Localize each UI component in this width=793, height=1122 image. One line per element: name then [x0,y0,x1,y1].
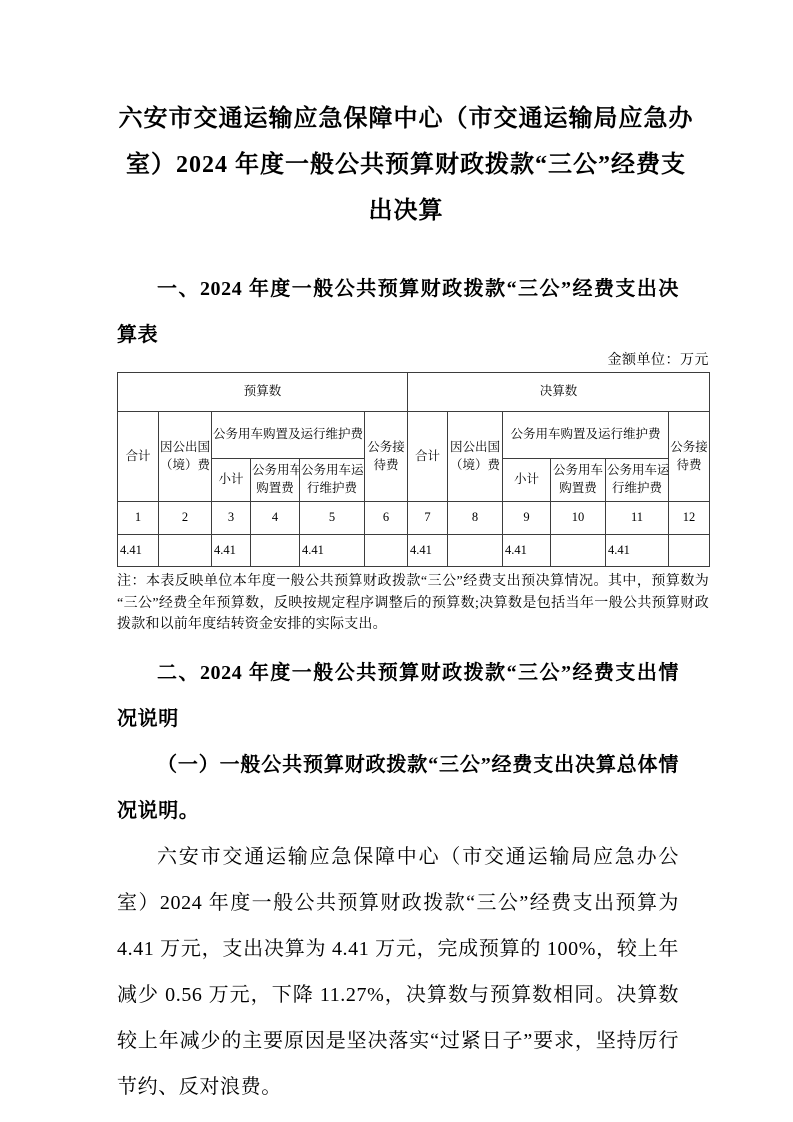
final-reception-header: 公务接 待费 [669,412,710,502]
data-cell: 4.41 [300,535,365,567]
index-cell: 12 [669,502,710,535]
data-cell: 4.41 [118,535,159,567]
budget-reception-header: 公务接 待费 [365,412,408,502]
index-cell: 8 [448,502,503,535]
group-header-budget: 预算数 [118,373,408,412]
index-cell: 9 [503,502,551,535]
index-cell: 4 [251,502,300,535]
budget-maintenance-header: 公务用车运 行维护费 [300,459,365,502]
document-page: 六安市交通运输应急保障中心（市交通运输局应急办室）2024 年度一般公共预算财政… [0,0,793,1122]
section-2-heading: 二、2024 年度一般公共预算财政拨款“三公”经费支出情况说明 [117,650,679,742]
final-maintenance-header: 公务用车运 行维护费 [606,459,669,502]
data-cell: 4.41 [503,535,551,567]
final-total-header: 合计 [408,412,448,502]
subsection-1-heading: （一）一般公共预算财政拨款“三公”经费支出决算总体情况说明。 [117,742,679,834]
data-cell [365,535,408,567]
budget-purchase-header: 公务用车 购置费 [251,459,300,502]
budget-abroad-header: 因公出国 （境）费 [159,412,212,502]
index-cell: 7 [408,502,448,535]
final-subtotal-header: 小计 [503,459,551,502]
index-cell: 10 [551,502,606,535]
index-cell: 2 [159,502,212,535]
index-cell: 3 [212,502,251,535]
index-cell: 6 [365,502,408,535]
index-cell: 1 [118,502,159,535]
column-index-row: 1 2 3 4 5 6 7 8 9 10 11 12 [118,502,710,535]
amount-unit-label: 金额单位：万元 [117,352,709,370]
three-public-expense-table: 预算数 决算数 合计 因公出国 （境）费 公务用车购置及运行维护费 公务接 待费… [117,372,710,567]
final-vehicle-group-header: 公务用车购置及运行维护费 [503,412,669,459]
data-cell: 4.41 [606,535,669,567]
group-header-final: 决算数 [408,373,710,412]
table-note: 注：本表反映单位本年度一般公共预算财政拨款“三公”经费支出预决算情况。其中，预算… [117,571,709,636]
amount-data-row: 4.41 4.41 4.41 4.41 4.41 4.41 [118,535,710,567]
data-cell [551,535,606,567]
data-cell [251,535,300,567]
index-cell: 5 [300,502,365,535]
data-cell: 4.41 [212,535,251,567]
data-cell [669,535,710,567]
table-header-row-1: 合计 因公出国 （境）费 公务用车购置及运行维护费 公务接 待费 合计 因公出国… [118,412,710,459]
budget-total-header: 合计 [118,412,159,502]
data-cell [448,535,503,567]
final-abroad-header: 因公出国 （境）费 [448,412,503,502]
final-purchase-header: 公务用车 购置费 [551,459,606,502]
body-paragraph: 六安市交通运输应急保障中心（市交通运输局应急办公室）2024 年度一般公共预算财… [117,834,679,1110]
table-group-header-row: 预算数 决算数 [118,373,710,412]
budget-subtotal-header: 小计 [212,459,251,502]
budget-vehicle-group-header: 公务用车购置及运行维护费 [212,412,365,459]
section-1-heading: 一、2024 年度一般公共预算财政拨款“三公”经费支出决算表 [117,266,679,358]
data-cell: 4.41 [408,535,448,567]
document-title: 六安市交通运输应急保障中心（市交通运输局应急办室）2024 年度一般公共预算财政… [117,96,695,234]
index-cell: 11 [606,502,669,535]
data-cell [159,535,212,567]
